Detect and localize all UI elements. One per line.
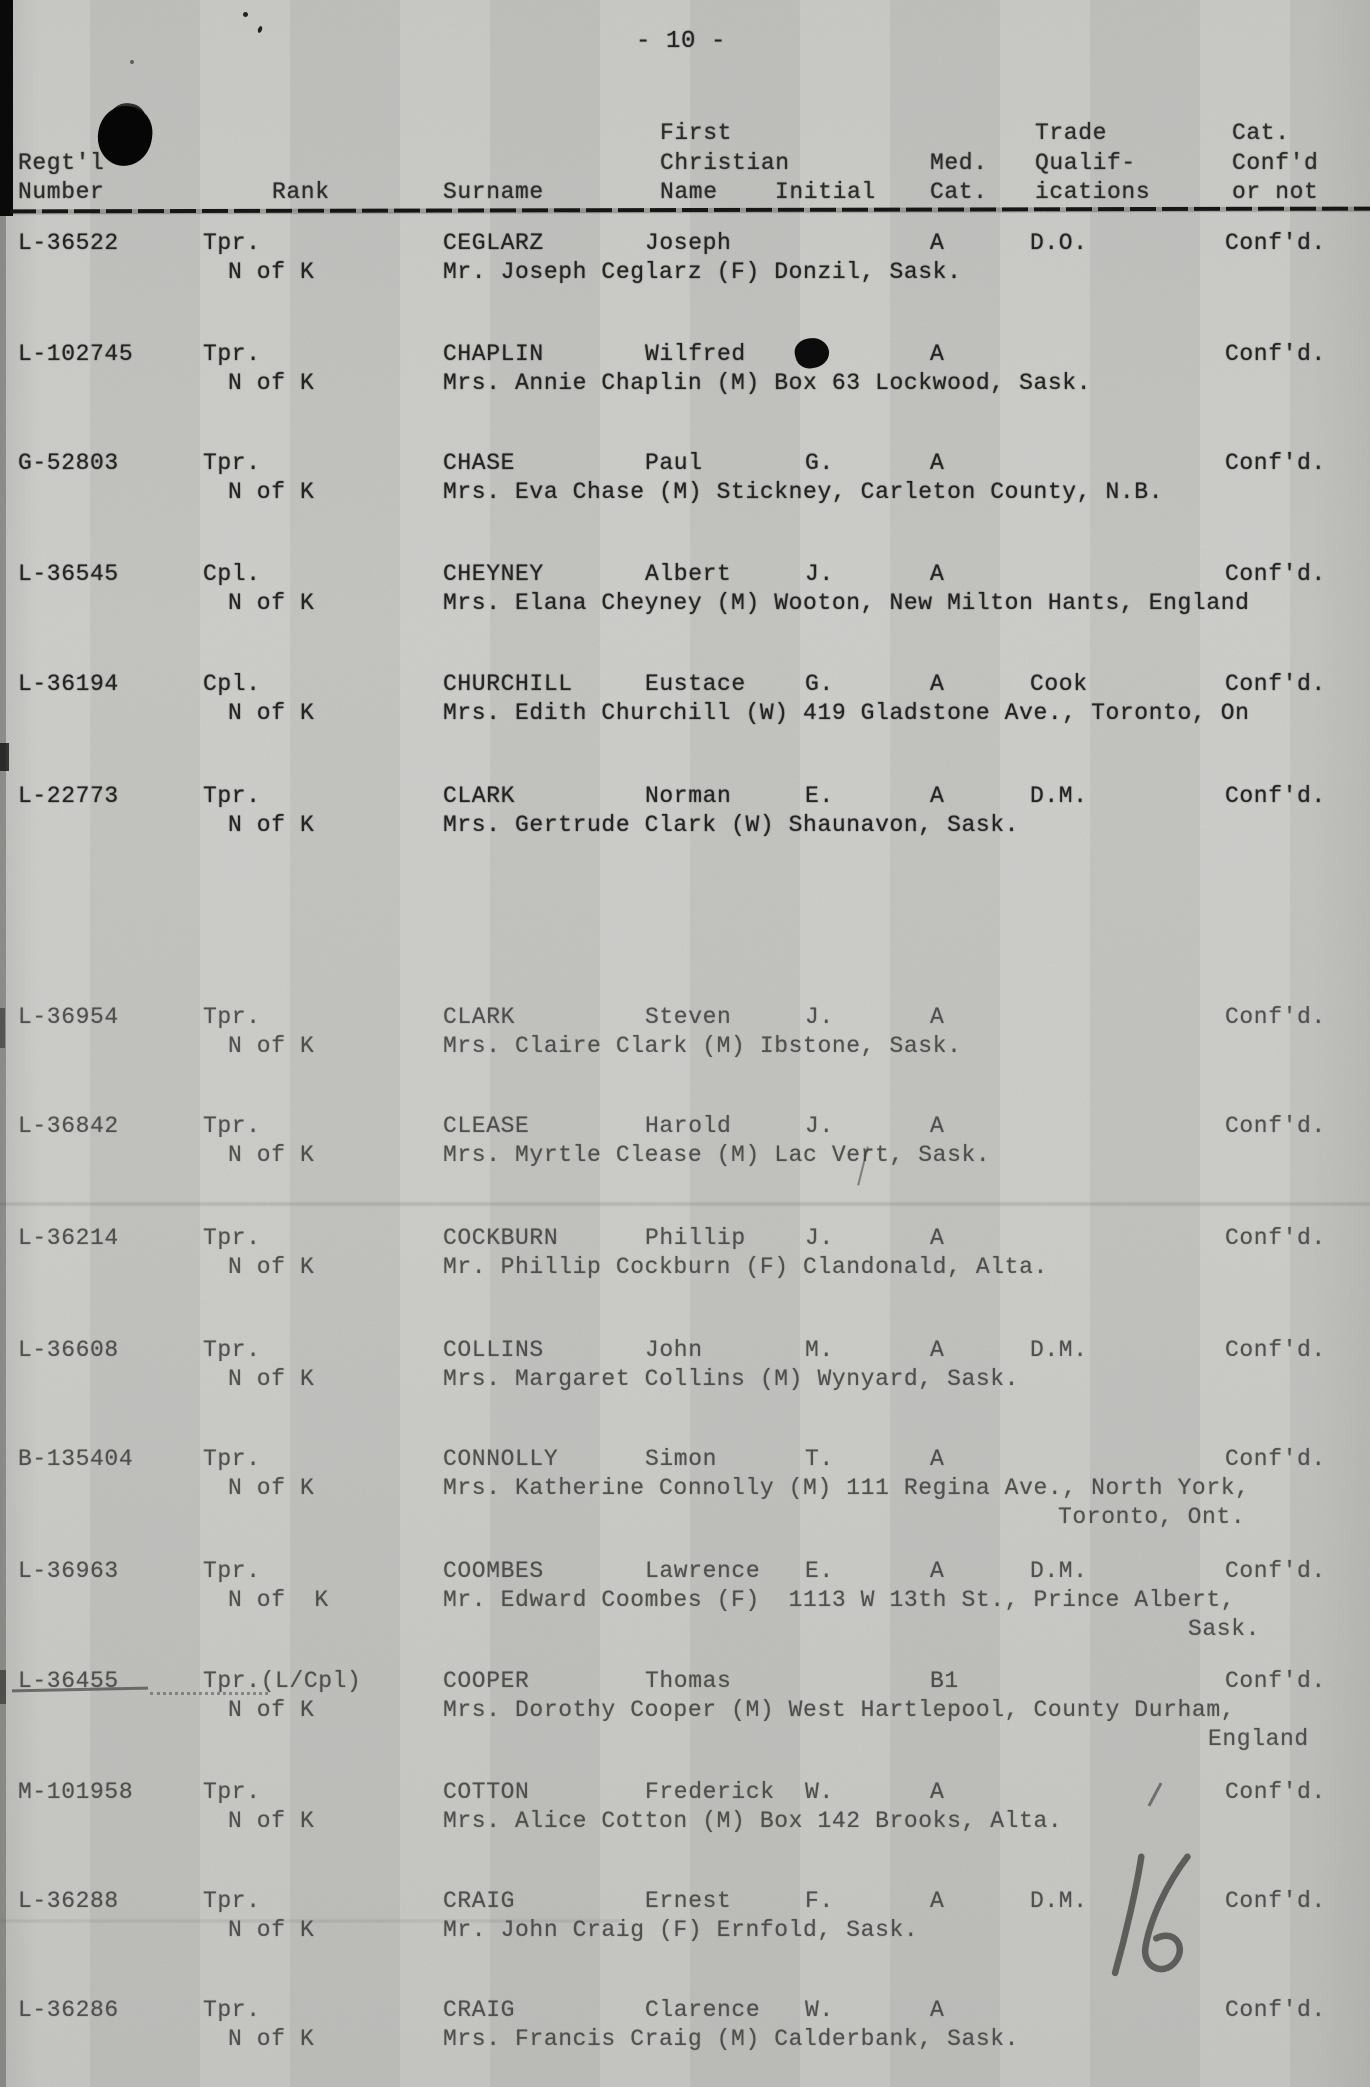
confirmed-status: Conf'd. <box>1225 1560 1326 1583</box>
header-trade-line1: Trade <box>1035 122 1107 145</box>
surname: COOPER <box>443 1670 529 1693</box>
med-cat: A <box>930 1560 944 1583</box>
surname: COTTON <box>443 1781 529 1804</box>
next-of-kin-label: N of K <box>228 814 314 837</box>
rank: Tpr. <box>203 785 261 808</box>
med-cat: A <box>930 673 944 696</box>
next-of-kin-label: N of K <box>228 481 314 504</box>
initial: G. <box>805 452 834 475</box>
regtl-number: L-36842 <box>18 1115 119 1138</box>
surname: CONNOLLY <box>443 1448 558 1471</box>
surname: CEGLARZ <box>443 232 544 255</box>
next-of-kin-label: N of K <box>228 261 314 284</box>
initial: W. <box>805 1999 834 2022</box>
speck <box>243 12 248 17</box>
trade-qualification: D.M. <box>1030 1339 1088 1362</box>
header-initial: Initial <box>775 181 876 204</box>
first-name: Joseph <box>645 232 731 255</box>
regtl-number: L-36963 <box>18 1560 119 1583</box>
next-of-kin-continuation: Sask. <box>1188 1618 1260 1641</box>
next-of-kin-line: Mrs. Edith Churchill (W) 419 Gladstone A… <box>443 702 1250 725</box>
rank: Tpr. <box>203 343 261 366</box>
scan-edge-mark <box>0 1008 5 1048</box>
rank: Tpr. <box>203 1115 261 1138</box>
confirmed-status: Conf'd. <box>1225 452 1326 475</box>
med-cat: A <box>930 452 944 475</box>
header-med-line2: Cat. <box>930 181 988 204</box>
next-of-kin-label: N of K <box>228 1699 314 1722</box>
first-name: Steven <box>645 1006 731 1029</box>
first-name: Norman <box>645 785 731 808</box>
header-trade-line2: Qualif- <box>1035 152 1136 175</box>
med-cat: A <box>930 785 944 808</box>
med-cat: A <box>930 1227 944 1250</box>
confirmed-status: Conf'd. <box>1225 1339 1326 1362</box>
next-of-kin-label: N of K <box>228 1589 329 1612</box>
pencil-strike-dots <box>150 1692 268 1695</box>
first-name: Albert <box>645 563 731 586</box>
med-cat: A <box>930 1339 944 1362</box>
header-first-line3: Name <box>660 181 718 204</box>
first-name: Clarence <box>645 1999 760 2022</box>
initial: J. <box>805 563 834 586</box>
confirmed-status: Conf'd. <box>1225 232 1326 255</box>
page-number: - 10 - <box>636 30 726 54</box>
confirmed-status: Conf'd. <box>1225 343 1326 366</box>
rank: Tpr. <box>203 1448 261 1471</box>
surname: CRAIG <box>443 1999 515 2022</box>
fold-crease <box>0 1203 1370 1205</box>
confirmed-status: Conf'd. <box>1225 1006 1326 1029</box>
surname: CLARK <box>443 785 515 808</box>
confirmed-status: Conf'd. <box>1225 1670 1326 1693</box>
regtl-number: L-36608 <box>18 1339 119 1362</box>
trade-qualification: D.O. <box>1030 232 1088 255</box>
header-med-line1: Med. <box>930 152 988 175</box>
next-of-kin-label: N of K <box>228 372 314 395</box>
regtl-number: L-36954 <box>18 1006 119 1029</box>
regtl-number: L-22773 <box>18 785 119 808</box>
next-of-kin-label: N of K <box>228 2028 314 2051</box>
next-of-kin-label: N of K <box>228 1368 314 1391</box>
initial: E. <box>805 1560 834 1583</box>
confirmed-status: Conf'd. <box>1225 1781 1326 1804</box>
initial: J. <box>805 1227 834 1250</box>
next-of-kin-line: Mrs. Margaret Collins (M) Wynyard, Sask. <box>443 1368 1019 1391</box>
initial: J. <box>805 1006 834 1029</box>
rank: Tpr. <box>203 452 261 475</box>
first-name: Thomas <box>645 1670 731 1693</box>
regtl-number: L-36194 <box>18 673 119 696</box>
speck <box>257 26 263 34</box>
rank: Tpr. <box>203 232 261 255</box>
scanned-nominal-roll-page: - 10 - Regt'l Number Rank Surname First … <box>0 0 1370 2087</box>
confirmed-status: Conf'd. <box>1225 785 1326 808</box>
rank: Tpr. <box>203 1227 261 1250</box>
next-of-kin-label: N of K <box>228 1477 314 1500</box>
rank: Tpr.(L/Cpl) <box>203 1670 361 1693</box>
next-of-kin-label: N of K <box>228 702 314 725</box>
rank: Tpr. <box>203 1781 261 1804</box>
confirmed-status: Conf'd. <box>1225 563 1326 586</box>
first-name: Paul <box>645 452 703 475</box>
speck <box>130 60 134 64</box>
med-cat: A <box>930 1781 944 1804</box>
first-name: Lawrence <box>645 1560 760 1583</box>
initial: W. <box>805 1781 834 1804</box>
confirmed-status: Conf'd. <box>1225 1999 1326 2022</box>
fold-crease <box>0 1920 620 1922</box>
rank: Cpl. <box>203 563 261 586</box>
regtl-number: L-36545 <box>18 563 119 586</box>
next-of-kin-line: Mrs. Claire Clark (M) Ibstone, Sask. <box>443 1035 961 1058</box>
confirmed-status: Conf'd. <box>1225 1448 1326 1471</box>
next-of-kin-label: N of K <box>228 1035 314 1058</box>
header-regtl-line2: Number <box>18 181 104 204</box>
rank: Tpr. <box>203 1999 261 2022</box>
header-trade-line3: ications <box>1035 181 1150 204</box>
pencil-tick <box>1148 1782 1163 1806</box>
next-of-kin-line: Mrs. Elana Cheyney (M) Wooton, New Milto… <box>443 592 1250 615</box>
next-of-kin-line: Mr. Phillip Cockburn (F) Clandonald, Alt… <box>443 1256 1048 1279</box>
med-cat: B1 <box>930 1670 959 1693</box>
regtl-number: L-36288 <box>18 1890 119 1913</box>
header-first-line2: Christian <box>660 152 790 175</box>
surname: CHURCHILL <box>443 673 573 696</box>
regtl-number: L-36214 <box>18 1227 119 1250</box>
initial: F. <box>805 1890 834 1913</box>
trade-qualification: D.M. <box>1030 1560 1088 1583</box>
next-of-kin-label: N of K <box>228 592 314 615</box>
first-name: Wilfred <box>645 343 746 366</box>
next-of-kin-line: Mr. John Craig (F) Ernfold, Sask. <box>443 1919 918 1942</box>
next-of-kin-line: Mrs. Myrtle Clease (M) Lac Vert, Sask. <box>443 1144 990 1167</box>
header-underline <box>10 207 1370 214</box>
first-name: Simon <box>645 1448 717 1471</box>
handwritten-number-16 <box>1092 1843 1214 1992</box>
next-of-kin-line: Mr. Edward Coombes (F) 1113 W 13th St., … <box>443 1589 1235 1612</box>
med-cat: A <box>930 1006 944 1029</box>
med-cat: A <box>930 343 944 366</box>
header-regtl-line1: Regt'l <box>18 152 104 175</box>
ink-smudge <box>792 334 832 371</box>
rank: Tpr. <box>203 1339 261 1362</box>
regtl-number: L-36522 <box>18 232 119 255</box>
next-of-kin-line: Mrs. Annie Chaplin (M) Box 63 Lockwood, … <box>443 372 1091 395</box>
rank: Cpl. <box>203 673 261 696</box>
surname: CLEASE <box>443 1115 529 1138</box>
next-of-kin-line: Mrs. Dorothy Cooper (M) West Hartlepool,… <box>443 1699 1235 1722</box>
med-cat: A <box>930 1448 944 1471</box>
first-name: Ernest <box>645 1890 731 1913</box>
confirmed-status: Conf'd. <box>1225 1227 1326 1250</box>
surname: CRAIG <box>443 1890 515 1913</box>
med-cat: A <box>930 1890 944 1913</box>
trade-qualification: D.M. <box>1030 1890 1088 1913</box>
rank: Tpr. <box>203 1006 261 1029</box>
med-cat: A <box>930 1999 944 2022</box>
first-name: Phillip <box>645 1227 746 1250</box>
regtl-number: G-52803 <box>18 452 119 475</box>
initial: M. <box>805 1339 834 1362</box>
regtl-number: L-36286 <box>18 1999 119 2022</box>
confirmed-status: Conf'd. <box>1225 673 1326 696</box>
initial: E. <box>805 785 834 808</box>
med-cat: A <box>930 1115 944 1138</box>
med-cat: A <box>930 563 944 586</box>
next-of-kin-label: N of K <box>228 1144 314 1167</box>
trade-qualification: Cook <box>1030 673 1088 696</box>
confirmed-status: Conf'd. <box>1225 1115 1326 1138</box>
surname: COOMBES <box>443 1560 544 1583</box>
med-cat: A <box>930 232 944 255</box>
regtl-number: M-101958 <box>18 1781 133 1804</box>
rank: Tpr. <box>203 1560 261 1583</box>
header-first-line1: First <box>660 122 732 145</box>
first-name: Eustace <box>645 673 746 696</box>
header-surname: Surname <box>443 181 544 204</box>
next-of-kin-continuation: Toronto, Ont. <box>1058 1506 1245 1529</box>
regtl-number: B-135404 <box>18 1448 133 1471</box>
scan-edge-mark <box>0 1670 6 1704</box>
next-of-kin-label: N of K <box>228 1919 314 1942</box>
first-name: Harold <box>645 1115 731 1138</box>
header-cat-line2: Conf'd <box>1232 152 1318 175</box>
first-name: John <box>645 1339 703 1362</box>
next-of-kin-line: Mrs. Eva Chase (M) Stickney, Carleton Co… <box>443 481 1163 504</box>
next-of-kin-line: Mrs. Alice Cotton (M) Box 142 Brooks, Al… <box>443 1810 1062 1833</box>
scan-edge-mark <box>0 743 9 771</box>
surname: CLARK <box>443 1006 515 1029</box>
surname: CHEYNEY <box>443 563 544 586</box>
next-of-kin-line: Mrs. Gertrude Clark (W) Shaunavon, Sask. <box>443 814 1019 837</box>
confirmed-status: Conf'd. <box>1225 1890 1326 1913</box>
header-cat-line3: or not <box>1232 181 1318 204</box>
surname: COLLINS <box>443 1339 544 1362</box>
initial: J. <box>805 1115 834 1138</box>
surname: CHASE <box>443 452 515 475</box>
surname: CHAPLIN <box>443 343 544 366</box>
surname: COCKBURN <box>443 1227 558 1250</box>
next-of-kin-label: N of K <box>228 1810 314 1833</box>
next-of-kin-line: Mrs. Francis Craig (M) Calderbank, Sask. <box>443 2028 1019 2051</box>
header-rank: Rank <box>272 181 330 204</box>
initial: G. <box>805 673 834 696</box>
trade-qualification: D.M. <box>1030 785 1088 808</box>
first-name: Frederick <box>645 1781 775 1804</box>
next-of-kin-label: N of K <box>228 1256 314 1279</box>
header-cat-line1: Cat. <box>1232 122 1290 145</box>
next-of-kin-line: Mrs. Katherine Connolly (M) 111 Regina A… <box>443 1477 1250 1500</box>
next-of-kin-continuation: England <box>1208 1728 1309 1751</box>
regtl-number: L-102745 <box>18 343 133 366</box>
initial: T. <box>805 1448 834 1471</box>
next-of-kin-line: Mr. Joseph Ceglarz (F) Donzil, Sask. <box>443 261 961 284</box>
rank: Tpr. <box>203 1890 261 1913</box>
